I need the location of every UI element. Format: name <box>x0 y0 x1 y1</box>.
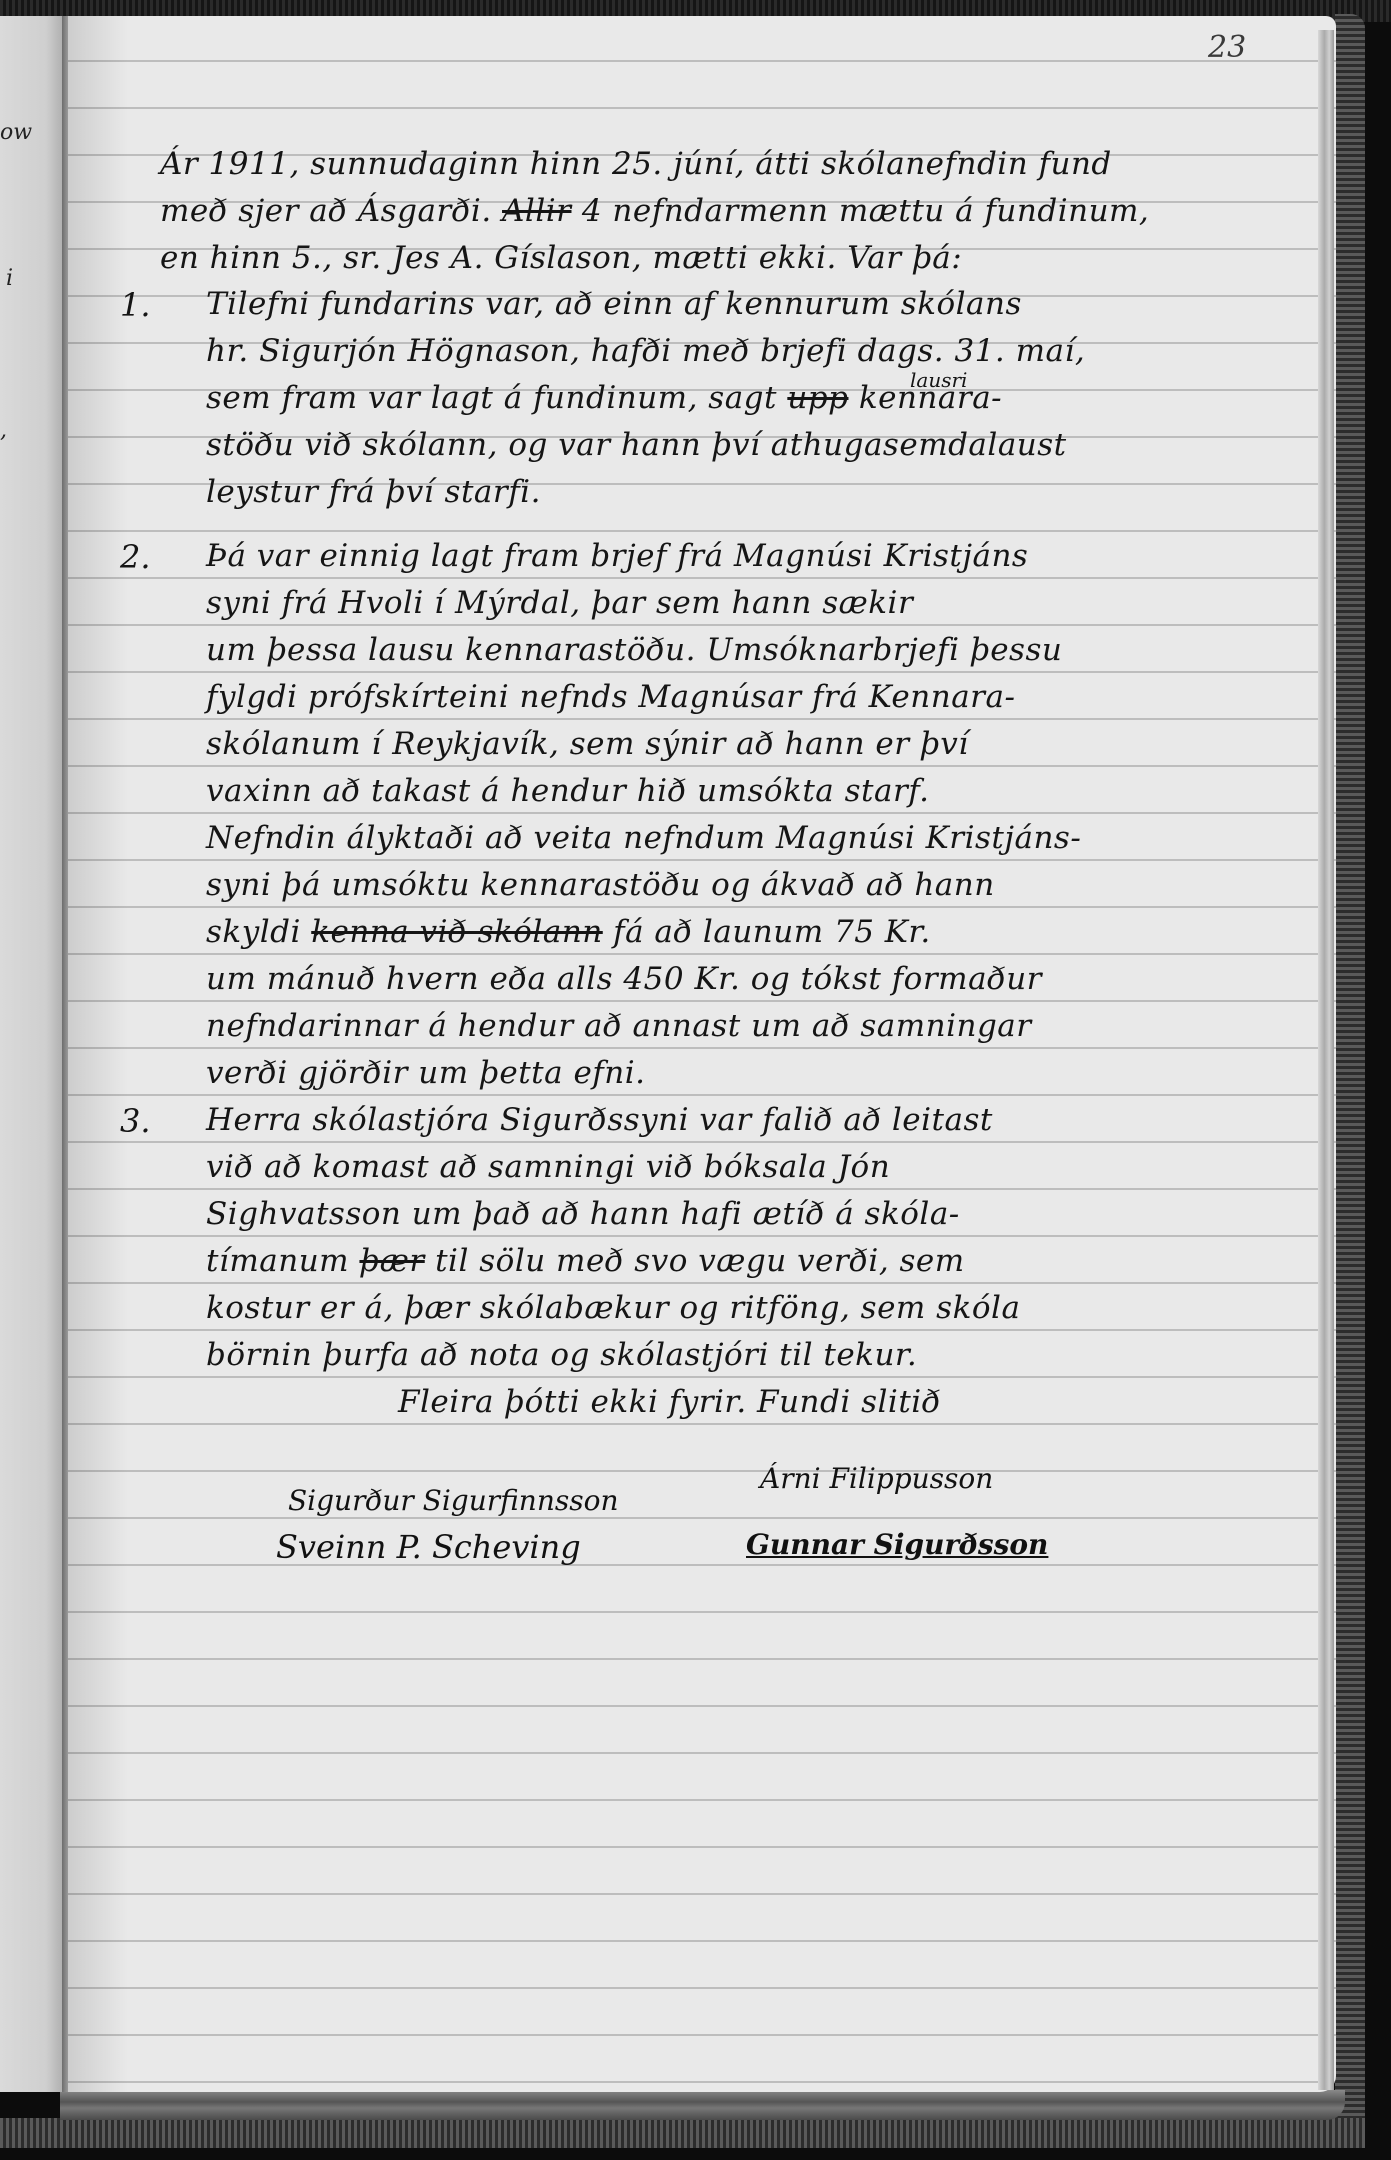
item-line: syni þá umsóktu kennarastöðu og ákvað að… <box>206 867 995 903</box>
struck-phrase: kenna við skólann <box>311 914 603 950</box>
page-number: 23 <box>1208 30 1246 65</box>
signature-right-2: Gunnar Sigurðsson <box>746 1528 1048 1561</box>
item-line: vaxinn að takast á hendur hið umsókta st… <box>206 773 930 809</box>
item-number: 2. <box>120 538 151 576</box>
item-line-text: skyldi <box>206 914 311 950</box>
book-cover-bottom-edge <box>0 2118 1365 2148</box>
intro-line-2-text: með sjer að Ásgarði. <box>160 193 502 229</box>
item-line: Þá var einnig lagt fram brjef frá Magnús… <box>206 538 1028 574</box>
item-line: um þessa lausu kennarastöðu. Umsóknarbrj… <box>206 632 1062 668</box>
left-page-fragment: , <box>0 418 7 443</box>
struck-word: Allir <box>502 193 571 229</box>
struck-word: upp <box>787 380 848 416</box>
stacked-page-edges <box>60 2090 1345 2120</box>
item-line: Tilefni fundarins var, að einn af kennur… <box>206 286 1022 322</box>
item-line: hr. Sigurjón Högnason, hafði með brjefi … <box>206 333 1085 369</box>
item-line-text: til sölu með svo vægu verði, sem <box>425 1243 965 1279</box>
ledger-page: 23 Ár 1911, sunnudaginn hinn 25. júní, á… <box>68 16 1336 2092</box>
item-line: nefndarinnar á hendur að annast um að sa… <box>206 1008 1032 1044</box>
item-line: kostur er á, þær skólabækur og ritföng, … <box>206 1290 1020 1326</box>
item-number: 1. <box>120 286 151 324</box>
item-line: sem fram var lagt á fundinum, sagt upp k… <box>206 380 1002 416</box>
signature-right-1: Árni Filippusson <box>760 1462 993 1495</box>
item-line: verði gjörðir um þetta efni. <box>206 1055 646 1091</box>
item-line: fylgdi prófskírteini nefnds Magnúsar frá… <box>206 679 1015 715</box>
intro-line-2: með sjer að Ásgarði. Allir 4 nefndarmenn… <box>160 193 1149 229</box>
item-line: Sighvatsson um það að hann hafi ætíð á s… <box>206 1196 960 1232</box>
item-line: tímanum þær til sölu með svo vægu verði,… <box>206 1243 965 1279</box>
signature-left-2: Sveinn P. Scheving <box>276 1528 581 1566</box>
left-page-strip: ow i , <box>0 16 66 2092</box>
item-line: skyldi kenna við skólann fá að launum 75… <box>206 914 931 950</box>
item-line: syni frá Hvoli í Mýrdal, þar sem hann sæ… <box>206 585 913 621</box>
item-line: leystur frá því starfi. <box>206 474 541 510</box>
intro-line-1: Ár 1911, sunnudaginn hinn 25. júní, átti… <box>160 146 1112 182</box>
item-line: skólanum í Reykjavík, sem sýnir að hann … <box>206 726 969 762</box>
signature-left-1: Sigurður Sigurfinnsson <box>288 1484 619 1517</box>
intro-line-2-rest: 4 nefndarmenn mættu á fundinum, <box>571 193 1149 229</box>
struck-word: þær <box>359 1243 424 1279</box>
closing-line: Fleira þótti ekki fyrir. Fundi slitið <box>398 1384 941 1420</box>
item-number: 3. <box>120 1102 151 1140</box>
item-line: Nefndin ályktaði að veita nefndum Magnús… <box>206 820 1081 856</box>
left-page-fragment: i <box>6 266 13 291</box>
item-line: við að komast að samningi við bóksala Jó… <box>206 1149 890 1185</box>
item-line: börnin þurfa að nota og skólastjóri til … <box>206 1337 917 1373</box>
intro-line-3: en hinn 5., sr. Jes A. Gíslason, mætti e… <box>160 240 962 276</box>
page-rim <box>1318 30 1334 2090</box>
item-line-text: kennara- <box>848 380 1002 416</box>
item-line-text: sem fram var lagt á fundinum, sagt <box>206 380 787 416</box>
left-page-fragment: ow <box>0 120 32 145</box>
book-cover-right-edge <box>1335 14 1365 2134</box>
item-line-text: fá að launum 75 Kr. <box>603 914 931 950</box>
item-line: Herra skólastjóra Sigurðssyni var falið … <box>206 1102 993 1138</box>
item-line: stöðu við skólann, og var hann því athug… <box>206 427 1067 463</box>
item-line-text: tímanum <box>206 1243 359 1279</box>
item-line: um mánuð hvern eða alls 450 Kr. og tókst… <box>206 961 1042 997</box>
